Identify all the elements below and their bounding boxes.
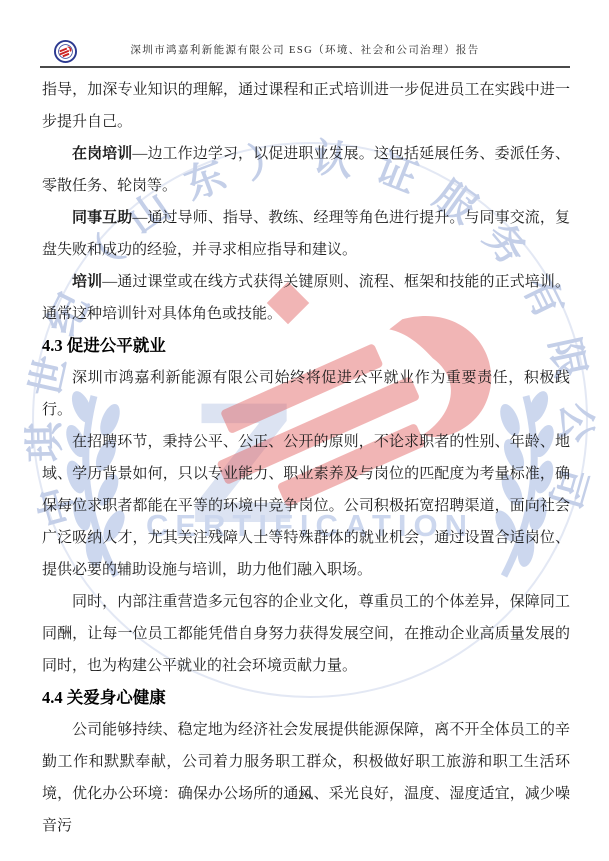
paragraph: 同时，内部注重营造多元包容的企业文化，尊重员工的个体差异，保障同工同酬，让每一位… [42, 586, 570, 682]
paragraph: 深圳市鸿嘉利新能源有限公司始终将促进公平就业作为重要责任，积极践行。 [42, 362, 570, 426]
section-heading: 4.4 关爱身心健康 [42, 682, 570, 714]
report-title: 深圳市鸿嘉利新能源有限公司 ESG（环境、社会和公司治理）报告 [40, 36, 570, 66]
document-body: 指导，加深专业知识的理解，通过课程和正式培训进一步促进员工在实践中进一步提升自己… [42, 74, 570, 842]
paragraph: 同事互助—通过导师、指导、教练、经理等角色进行提升。与同事交流，复盘失败和成功的… [42, 202, 570, 266]
section-heading: 4.3 促进公平就业 [42, 330, 570, 362]
paragraph-lead: 在岗培训 [72, 146, 132, 162]
page-number: 26 [298, 788, 311, 802]
page-footer: 26 [0, 788, 609, 803]
page-header: 深圳市鸿嘉利新能源有限公司 ESG（环境、社会和公司治理）报告 [40, 36, 570, 68]
paragraph: 指导，加深专业知识的理解，通过课程和正式培训进一步促进员工在实践中进一步提升自己… [42, 74, 570, 138]
paragraph-lead: 同事互助 [72, 210, 132, 226]
paragraph: 在岗培训—边工作边学习，以促进职业发展。这包括延展任务、委派任务、零散任务、轮岗… [42, 138, 570, 202]
paragraph: 培训—通过课堂或在线方式获得关键原则、流程、框架和技能的正式培训。通常这种培训针… [42, 266, 570, 330]
company-logo-icon [54, 40, 77, 63]
paragraph-lead: 培训 [72, 274, 102, 290]
paragraph: 在招聘环节，秉持公平、公正、公开的原则，不论求职者的性别、年龄、地域、学历背景如… [42, 426, 570, 586]
paragraph: 公司能够持续、稳定地为经济社会发展提供能源保障，离不开全体员工的辛勤工作和默默奉… [42, 714, 570, 842]
